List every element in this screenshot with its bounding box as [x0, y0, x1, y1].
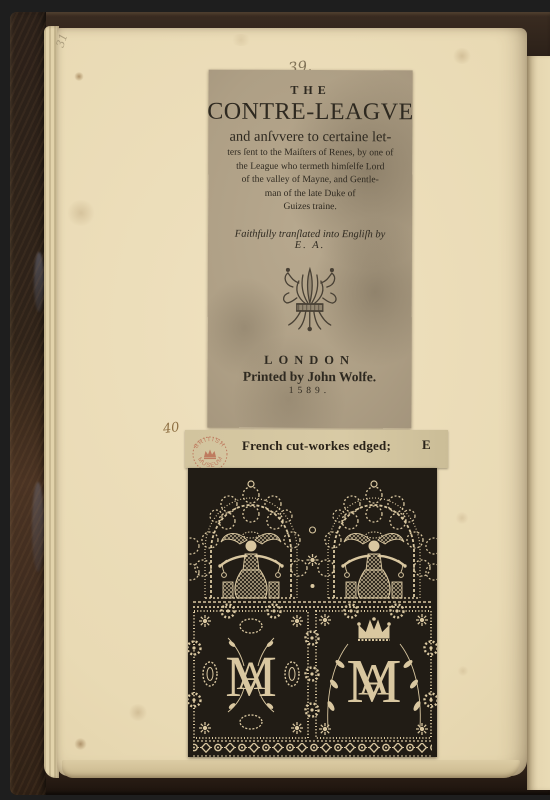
title-page-subtitle-large: and anſvvere to certaine let- [229, 129, 391, 147]
stamp-text-top: BRITISH [194, 437, 226, 450]
title-page-subtitle-line: Guizes traine. [283, 200, 336, 214]
title-page-subtitle-line: of the valley of Mayne, and Gentle- [242, 173, 379, 187]
marbled-fleck [34, 252, 44, 312]
monogram-left-letter-a: A [237, 653, 266, 698]
title-page-main-title: CONTRE-LEAGVE [207, 99, 414, 127]
printer-device-fleur-de-lis-icon [279, 262, 341, 332]
imprint-printer: Printed by John Wolfe. [243, 368, 376, 384]
title-page-subtitle-line: the League who termeth himſelfe Lord [236, 159, 384, 173]
translator-note-line1: Faithfully tranſlated into Engliſh by [235, 228, 386, 240]
title-page-head: THE [290, 83, 330, 98]
book-photograph: 31 39. 40 THE CONTRE-LEAGVE and anſvvere… [0, 0, 550, 800]
handwritten-folio-number-left: 40 [162, 420, 180, 437]
pasted-title-page: THE CONTRE-LEAGVE and anſvvere to certai… [207, 70, 412, 429]
imprint-city: LONDON [264, 352, 355, 367]
facing-page-edge [527, 56, 550, 790]
lace-bottom-border [193, 741, 432, 756]
lace-print-caption-strip: BRITISH MUSEUM French cut-workes edged; … [185, 430, 448, 468]
british-museum-stamp-icon: BRITISH MUSEUM [189, 433, 231, 473]
lace-print-caption: French cut-workes edged; [242, 438, 391, 454]
book-spine [10, 12, 46, 795]
lace-pattern-print: M A M A [188, 468, 437, 757]
title-page-subtitle-line: ters ſent to the Maiſters of Renes, by o… [227, 146, 393, 160]
marbled-fleck [32, 482, 44, 572]
under-page-curve [62, 760, 520, 778]
signature-letter: E [422, 437, 431, 453]
monogram-right-letter-a: A [358, 655, 390, 704]
title-page-subtitle-line: man of the late Duke of [265, 186, 356, 200]
translator-note-line2: E. A. [295, 239, 326, 250]
imprint-year: 1589. [289, 385, 330, 395]
svg-text:BRITISH: BRITISH [194, 437, 226, 450]
